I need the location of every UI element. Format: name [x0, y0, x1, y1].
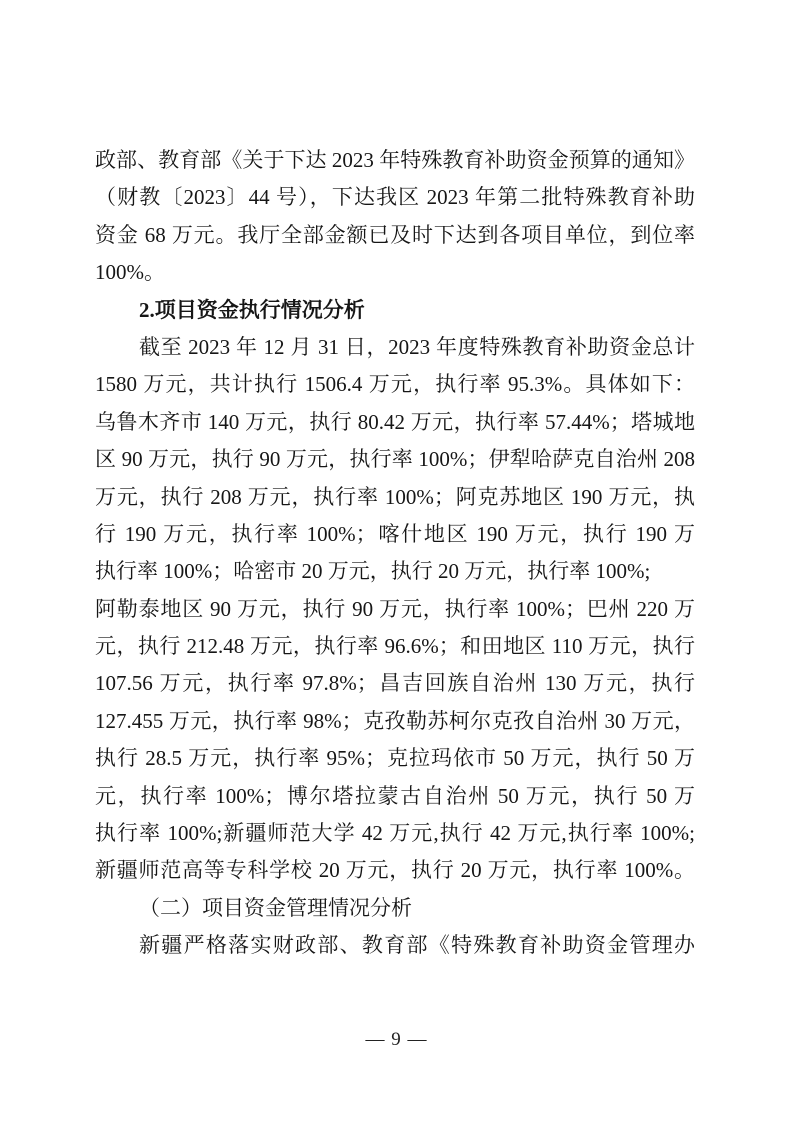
- text-line: 2.项目资金执行情况分析: [95, 292, 695, 329]
- text-line: 截至 2023 年 12 月 31 日，2023 年度特殊教育补助资金总计: [95, 329, 695, 366]
- text-line: 127.455 万元，执行率 98%；克孜勒苏柯尔克孜自治州 30 万元，: [95, 703, 695, 740]
- text-line: 阿勒泰地区 90 万元，执行 90 万元，执行率 100%；巴州 220 万: [95, 591, 695, 628]
- text-line: 区 90 万元，执行 90 万元，执行率 100%；伊犁哈萨克自治州 208: [95, 441, 695, 478]
- document-page: 政部、教育部《关于下达 2023 年特殊教育补助资金预算的通知》（财教〔2023…: [0, 0, 793, 1122]
- text-line: 100%。: [95, 254, 695, 291]
- text-line: 万元，执行 208 万元，执行率 100%；阿克苏地区 190 万元，执: [95, 479, 695, 516]
- text-line: 执行率 100%;新疆师范大学 42 万元,执行 42 万元,执行率 100%;: [95, 815, 695, 852]
- text-line: 政部、教育部《关于下达 2023 年特殊教育补助资金预算的通知》: [95, 142, 695, 179]
- text-line: 行 190 万元，执行率 100%；喀什地区 190 万元，执行 190 万元，: [95, 516, 695, 553]
- text-line: 1580 万元，共计执行 1506.4 万元，执行率 95.3%。具体如下：: [95, 366, 695, 403]
- document-body: 政部、教育部《关于下达 2023 年特殊教育补助资金预算的通知》（财教〔2023…: [95, 142, 695, 965]
- text-line: 新疆师范高等专科学校 20 万元，执行 20 万元，执行率 100%。: [95, 852, 695, 889]
- text-line: 资金 68 万元。我厅全部金额已及时下达到各项目单位，到位率: [95, 217, 695, 254]
- text-line: （二）项目资金管理情况分析: [95, 890, 695, 927]
- text-line: 执行率 100%；哈密市 20 万元，执行 20 万元，执行率 100%;: [95, 553, 695, 590]
- text-line: 元，执行率 100%；博尔塔拉蒙古自治州 50 万元，执行 50 万元，: [95, 778, 695, 815]
- text-line: 107.56 万元，执行率 97.8%；昌吉回族自治州 130 万元，执行: [95, 665, 695, 702]
- text-line: 元，执行 212.48 万元，执行率 96.6%；和田地区 110 万元，执行: [95, 628, 695, 665]
- text-line: （财教〔2023〕44 号），下达我区 2023 年第二批特殊教育补助: [95, 179, 695, 216]
- text-line: 新疆严格落实财政部、教育部《特殊教育补助资金管理办法》: [95, 927, 695, 964]
- text-line: 执行 28.5 万元，执行率 95%；克拉玛依市 50 万元，执行 50 万: [95, 740, 695, 777]
- text-line: 乌鲁木齐市 140 万元，执行 80.42 万元，执行率 57.44%；塔城地: [95, 404, 695, 441]
- page-number: — 9 —: [0, 1026, 793, 1054]
